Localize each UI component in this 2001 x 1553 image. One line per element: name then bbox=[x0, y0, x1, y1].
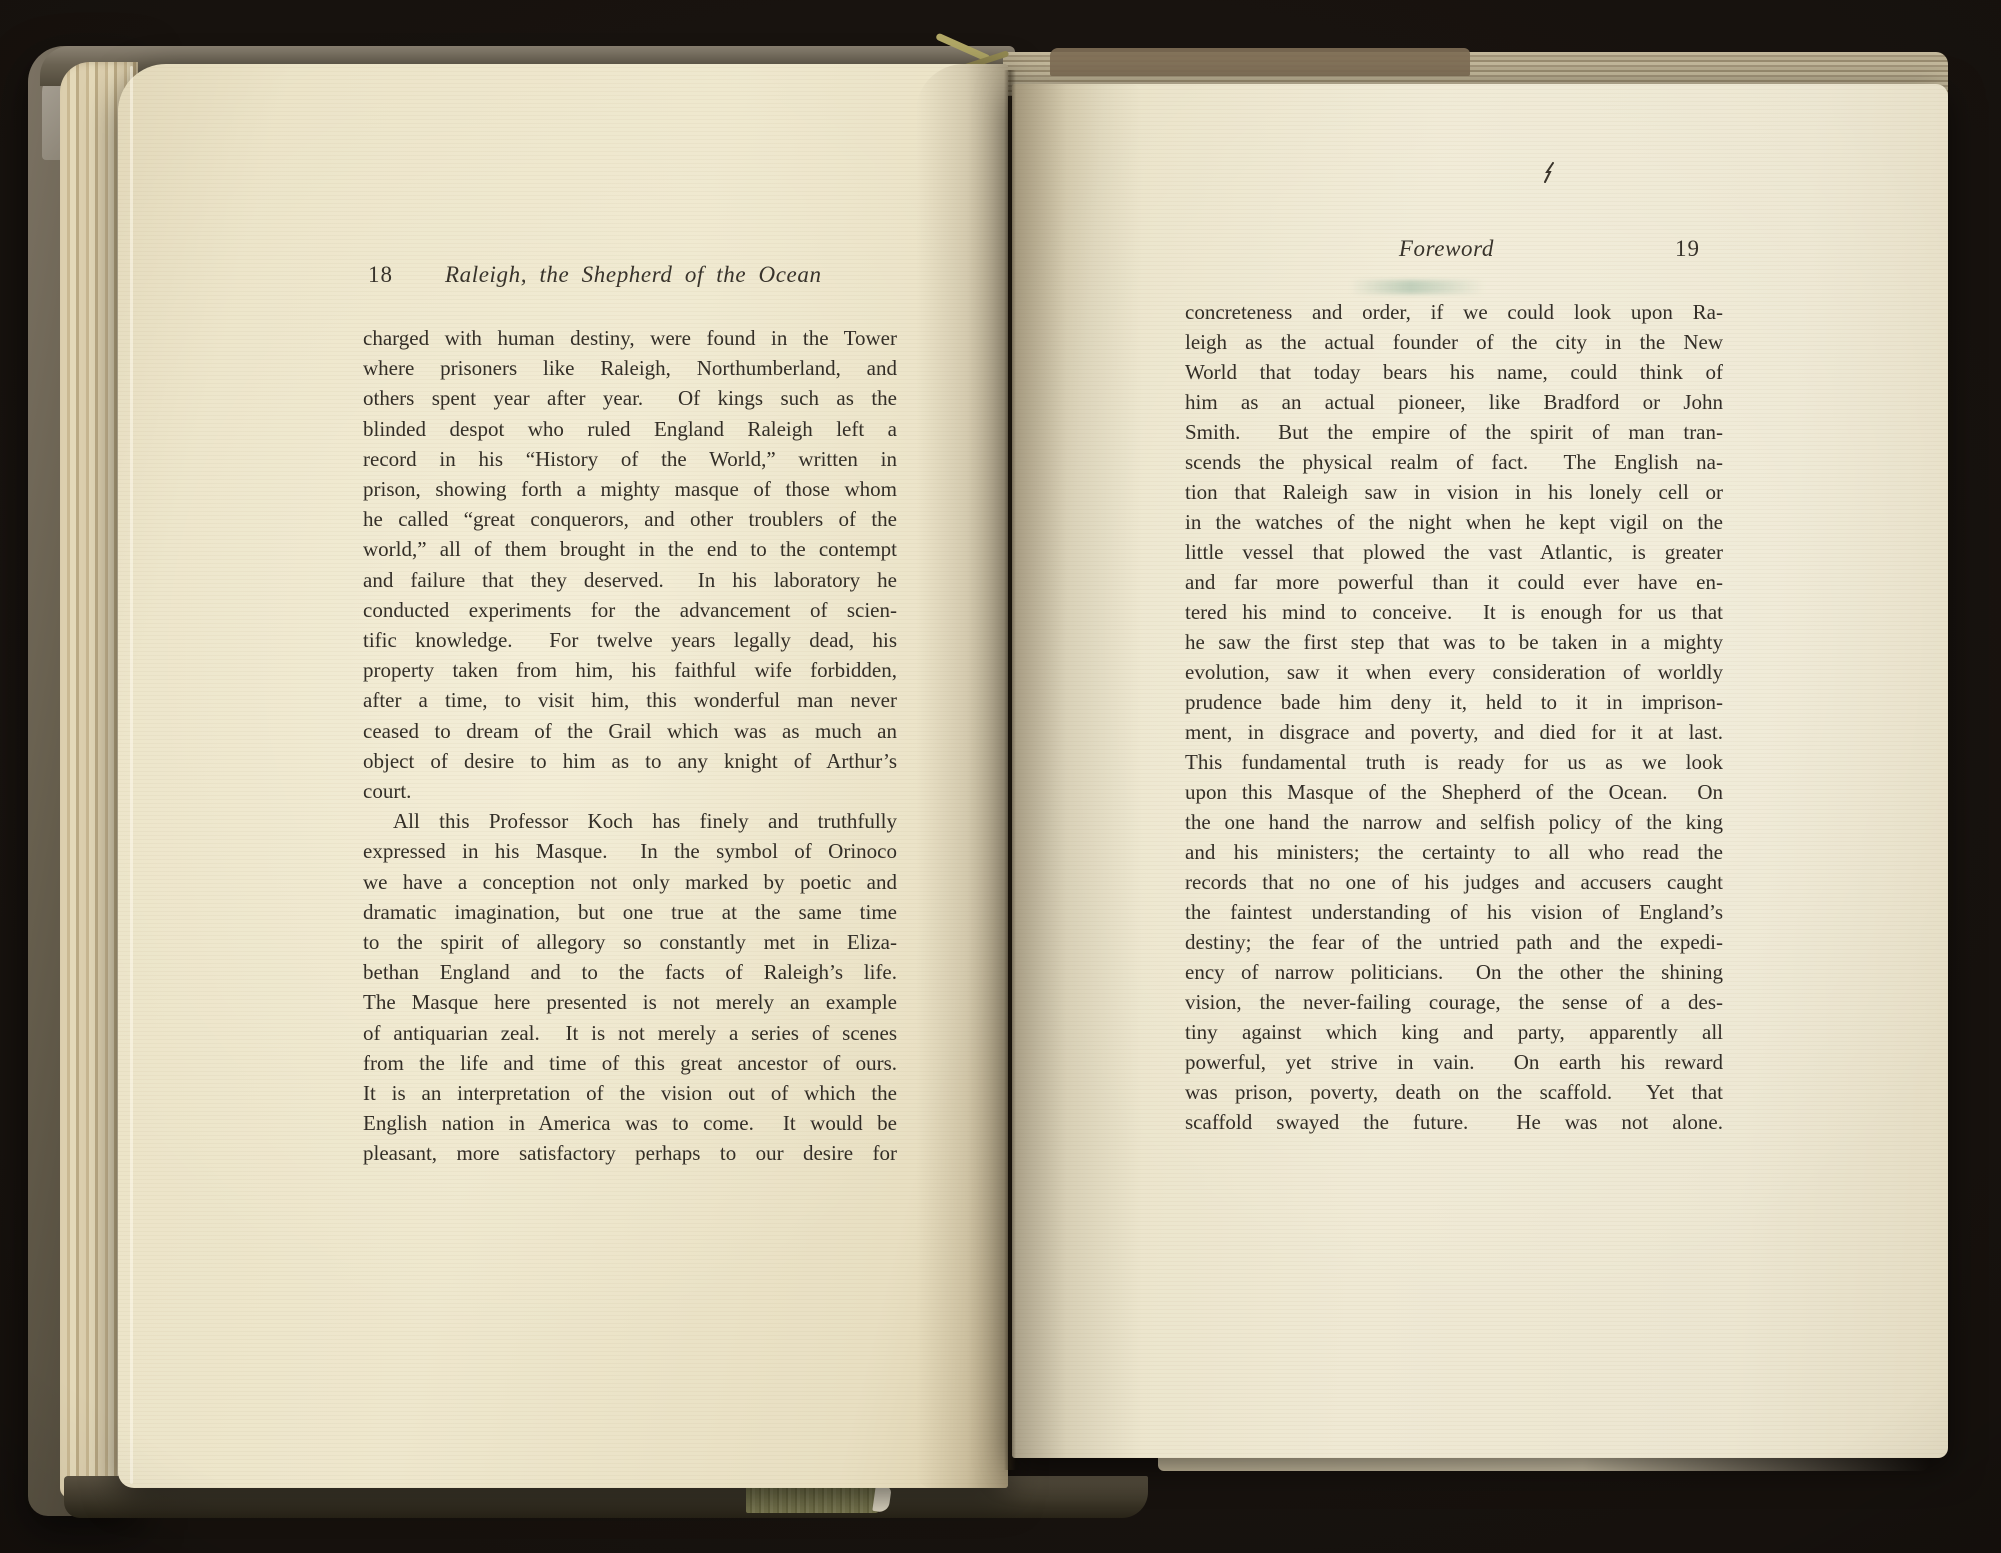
text-line: destiny; the fear of the untried path an… bbox=[1185, 927, 1723, 957]
text-line: evolution, saw it when every considerati… bbox=[1185, 657, 1723, 687]
text-line: powerful, yet strive in vain. On earth h… bbox=[1185, 1047, 1723, 1077]
text-line: scends the physical realm of fact. The E… bbox=[1185, 447, 1723, 477]
left-page: 18 Raleigh, the Shepherd of the Ocean ch… bbox=[118, 64, 1008, 1488]
gutter-shadow-right bbox=[1012, 84, 1142, 1458]
text-line: him as an actual pioneer, like Bradford … bbox=[1185, 387, 1723, 417]
ink-mark bbox=[1542, 162, 1556, 184]
text-line: tered his mind to conceive. It is enough… bbox=[1185, 597, 1723, 627]
text-line: from the life and time of this great anc… bbox=[363, 1048, 897, 1078]
text-line: World that today bears his name, could t… bbox=[1185, 357, 1723, 387]
text-line: after a time, to visit him, this wonderf… bbox=[363, 685, 897, 715]
text-line: we have a conception not only marked by … bbox=[363, 867, 897, 897]
running-header-right: Foreword bbox=[1399, 236, 1494, 262]
text-line: tiny against which king and party, appar… bbox=[1185, 1017, 1723, 1047]
text-block-left: charged with human destiny, were found i… bbox=[363, 323, 897, 1169]
text-line: he saw the first step that was to be tak… bbox=[1185, 627, 1723, 657]
right-page: Foreword 19 concreteness and order, if w… bbox=[1012, 84, 1948, 1458]
running-header-left: Raleigh, the Shepherd of the Ocean bbox=[445, 262, 822, 288]
text-line: ment, in disgrace and poverty, and died … bbox=[1185, 717, 1723, 747]
text-line: in the watches of the night when he kept… bbox=[1185, 507, 1723, 537]
page-edge-highlight bbox=[130, 66, 133, 1484]
text-line: It is an interpretation of the vision ou… bbox=[363, 1078, 897, 1108]
text-line: others spent year after year. Of kings s… bbox=[363, 383, 897, 413]
text-line: little vessel that plowed the vast Atlan… bbox=[1185, 537, 1723, 567]
text-line: prudence bade him deny it, held to it in… bbox=[1185, 687, 1723, 717]
text-line: dramatic imagination, but one true at th… bbox=[363, 897, 897, 927]
gutter-crease bbox=[1004, 70, 1016, 1470]
text-line: of antiquarian zeal. It is not merely a … bbox=[363, 1018, 897, 1048]
page-number-right: 19 bbox=[1675, 236, 1700, 262]
text-line: pleasant, more satisfactory perhaps to o… bbox=[363, 1138, 897, 1168]
text-line: where prisoners like Raleigh, Northumber… bbox=[363, 353, 897, 383]
text-line: This fundamental truth is ready for us a… bbox=[1185, 747, 1723, 777]
text-line: he called “great conquerors, and other t… bbox=[363, 504, 897, 534]
text-line: tion that Raleigh saw in vision in his l… bbox=[1185, 477, 1723, 507]
text-line: and far more powerful than it could ever… bbox=[1185, 567, 1723, 597]
text-line: vision, the never-failing courage, the s… bbox=[1185, 987, 1723, 1017]
text-line: English nation in America was to come. I… bbox=[363, 1108, 897, 1138]
text-line: was prison, poverty, death on the scaffo… bbox=[1185, 1077, 1723, 1107]
text-line: tific knowledge. For twelve years legall… bbox=[363, 625, 897, 655]
text-line: conducted experiments for the advancemen… bbox=[363, 595, 897, 625]
page-number-left: 18 bbox=[368, 262, 393, 288]
text-line: Smith. But the empire of the spirit of m… bbox=[1185, 417, 1723, 447]
print-smudge bbox=[1350, 280, 1484, 294]
text-line: record in his “History of the World,” wr… bbox=[363, 444, 897, 474]
text-line: leigh as the actual founder of the city … bbox=[1185, 327, 1723, 357]
text-line: the one hand the narrow and selfish poli… bbox=[1185, 807, 1723, 837]
text-line: All this Professor Koch has finely and t… bbox=[363, 806, 897, 836]
text-line: bethan England and to the facts of Ralei… bbox=[363, 957, 897, 987]
text-line: world,” all of them brought in the end t… bbox=[363, 534, 897, 564]
text-line: court. bbox=[363, 776, 897, 806]
text-line: and his ministers; the certainty to all … bbox=[1185, 837, 1723, 867]
text-line: ceased to dream of the Grail which was a… bbox=[363, 716, 897, 746]
text-line: to the spirit of allegory so constantly … bbox=[363, 927, 897, 957]
text-line: object of desire to him as to any knight… bbox=[363, 746, 897, 776]
text-line: blinded despot who ruled England Raleigh… bbox=[363, 414, 897, 444]
text-line: ency of narrow politicians. On the other… bbox=[1185, 957, 1723, 987]
gutter-shadow-left bbox=[916, 64, 1008, 1488]
spine-top-edge bbox=[1050, 48, 1470, 76]
text-line: upon this Masque of the Shepherd of the … bbox=[1185, 777, 1723, 807]
running-header-row-right: Foreword 19 bbox=[1185, 236, 1723, 266]
cover-cloth-patch bbox=[746, 1486, 878, 1513]
text-line: charged with human destiny, were found i… bbox=[363, 323, 897, 353]
running-header-row-left: 18 Raleigh, the Shepherd of the Ocean bbox=[363, 262, 897, 292]
text-line: records that no one of his judges and ac… bbox=[1185, 867, 1723, 897]
text-line: concreteness and order, if we could look… bbox=[1185, 297, 1723, 327]
text-block-right: concreteness and order, if we could look… bbox=[1185, 297, 1723, 1137]
text-line: and failure that they deserved. In his l… bbox=[363, 565, 897, 595]
text-line: The Masque here presented is not merely … bbox=[363, 987, 897, 1017]
text-line: the faintest understanding of his vision… bbox=[1185, 897, 1723, 927]
text-line: prison, showing forth a mighty masque of… bbox=[363, 474, 897, 504]
text-line: property taken from him, his faithful wi… bbox=[363, 655, 897, 685]
photo-background: 18 Raleigh, the Shepherd of the Ocean ch… bbox=[0, 0, 2001, 1553]
text-line: scaffold swayed the future. He was not a… bbox=[1185, 1107, 1723, 1137]
text-line: expressed in his Masque. In the symbol o… bbox=[363, 836, 897, 866]
